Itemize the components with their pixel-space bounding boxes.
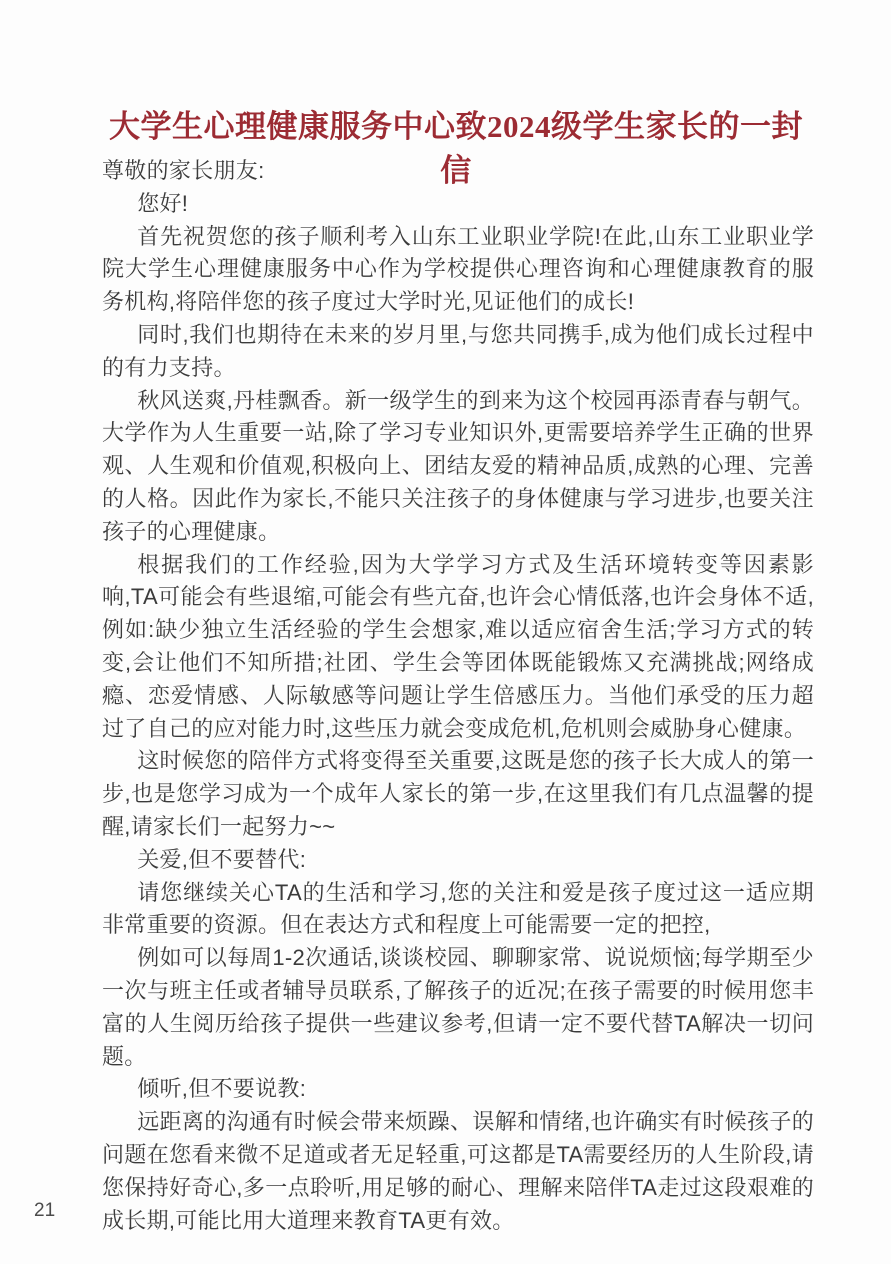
letter-paragraph-congratulations: 首先祝贺您的孩子顺利考入山东工业职业学院!在此,山东工业职业学院大学生心理健康服… [102, 221, 814, 319]
letter-paragraph-support: 同时,我们也期待在未来的岁月里,与您共同携手,成为他们成长过程中的有力支持。 [102, 319, 814, 385]
letter-heading-listen-not-lecture: 倾听,但不要说教: [102, 1073, 814, 1106]
letter-paragraph-care-advice: 请您继续关心TA的生活和学习,您的关注和爱是孩子度过这一适应期非常重要的资源。但… [102, 877, 814, 943]
letter-paragraph-greeting: 您好! [102, 188, 814, 221]
letter-paragraph-contact-suggestions: 例如可以每周1-2次通话,谈谈校园、聊聊家常、说说烦恼;每学期至少一次与班主任或… [102, 942, 814, 1073]
letter-body: 尊敬的家长朋友: 您好! 首先祝贺您的孩子顺利考入山东工业职业学院!在此,山东工… [102, 155, 814, 1237]
letter-paragraph-autumn: 秋风送爽,丹桂飘香。新一级学生的到来为这个校园再添青春与朝气。大学作为人生重要一… [102, 385, 814, 549]
letter-paragraph-listening-advice: 远距离的沟通有时候会带来烦躁、误解和情绪,也许确实有时候孩子的问题在您看来微不足… [102, 1106, 814, 1237]
letter-paragraph-companionship: 这时候您的陪伴方式将变得至关重要,这既是您的孩子长大成人的第一步,也是您学习成为… [102, 745, 814, 843]
letter-heading-care-not-replace: 关爱,但不要替代: [102, 844, 814, 877]
salutation: 尊敬的家长朋友: [102, 155, 814, 188]
document-page: 大学生心理健康服务中心致2024级学生家长的一封信 尊敬的家长朋友: 您好! 首… [0, 0, 891, 1264]
page-number: 21 [34, 1200, 55, 1222]
letter-paragraph-experience: 根据我们的工作经验,因为大学学习方式及生活环境转变等因素影响,TA可能会有些退缩… [102, 549, 814, 746]
